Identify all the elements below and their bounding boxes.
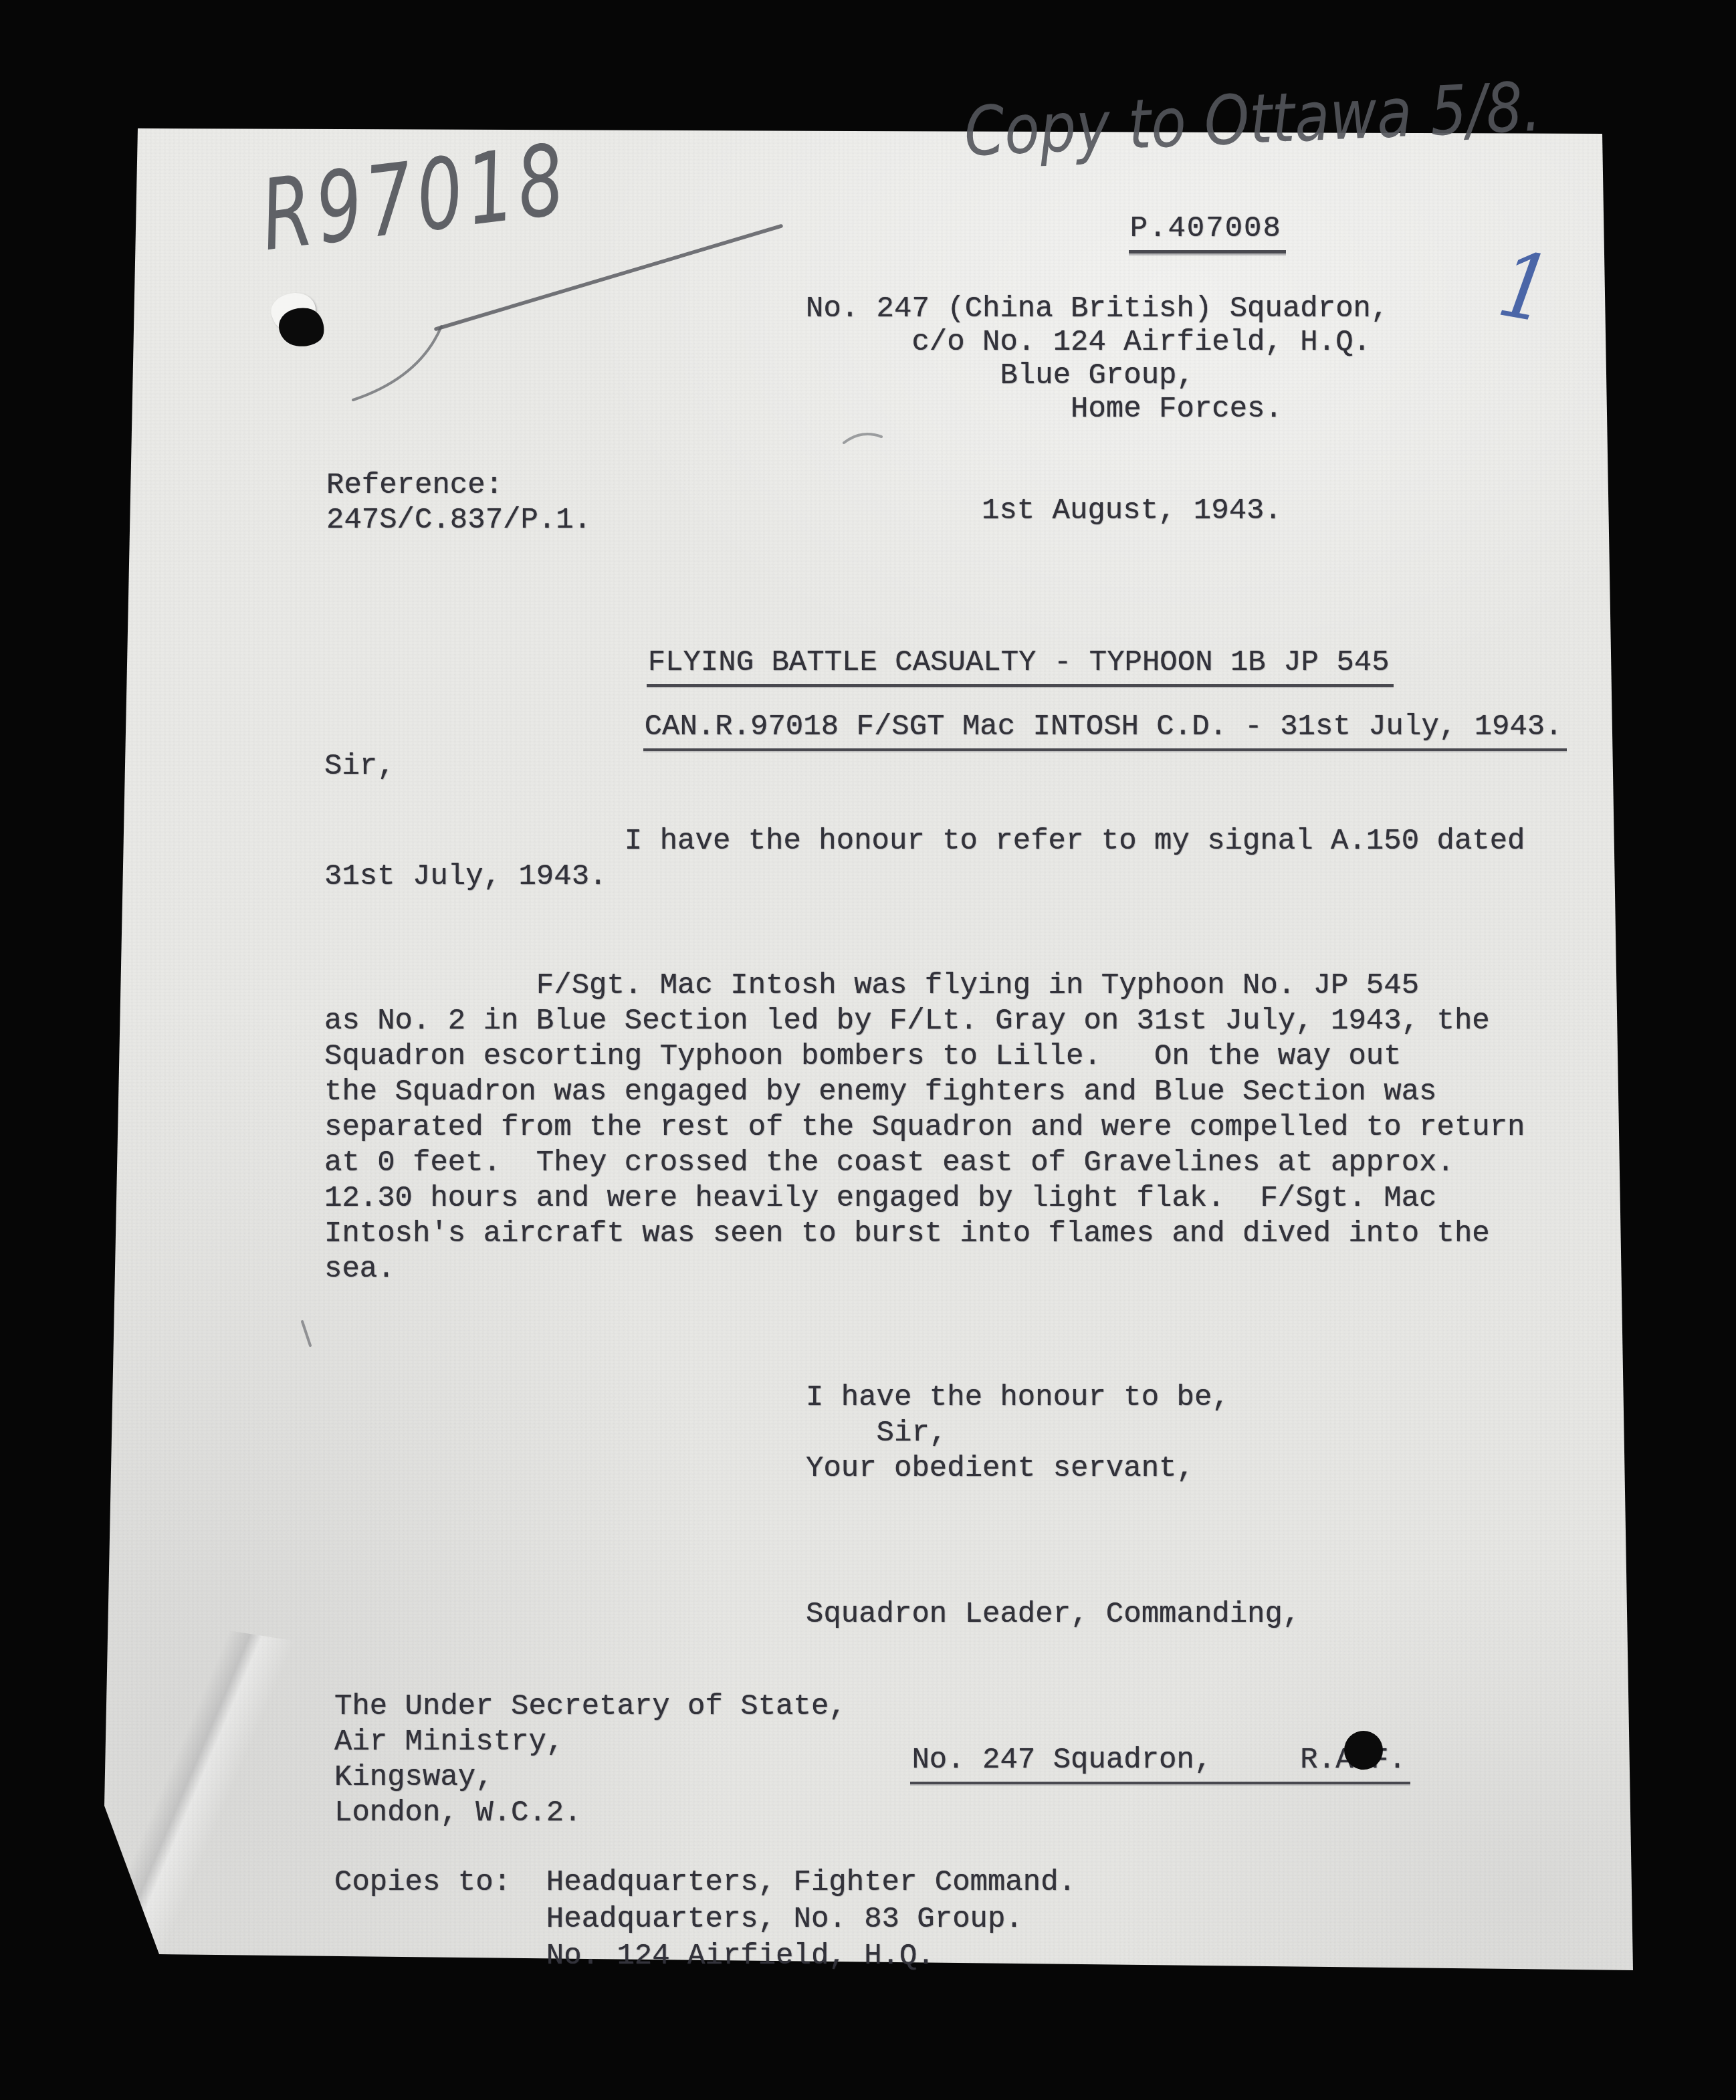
subject-line-2: CAN.R.97018 F/SGT Mac INTOSH C.D. - 31st… xyxy=(574,674,1567,786)
salutation: Sir, xyxy=(324,749,395,784)
fold-crease xyxy=(47,1610,315,2000)
recipient-address: The Under Secretary of State, Air Minist… xyxy=(334,1689,847,1831)
file-reference: P.407008 xyxy=(1054,176,1286,289)
copies-list: Copies to: Headquarters, Fighter Command… xyxy=(334,1865,1076,1975)
punch-hole xyxy=(1344,1731,1383,1770)
sender-address: No. 247 (China British) Squadron, c/o No… xyxy=(806,292,1388,426)
signature-unit: No. 247 Squadron, R.A.F. xyxy=(806,1707,1410,1820)
body-paragraph-1: I have the honour to refer to my signal … xyxy=(324,824,1525,895)
subject-line-2-text: CAN.R.97018 F/SGT Mac INTOSH C.D. - 31st… xyxy=(643,710,1567,751)
reference-block: Reference: 247S/C.837/P.1. xyxy=(326,468,591,538)
scanned-letter-page: R97018 Copy to Ottawa 5/8. 1 P.407008 No… xyxy=(0,0,1736,2100)
signature-block: Squadron Leader, Commanding, No. 247 Squ… xyxy=(806,1526,1410,1891)
valediction: I have the honour to be, Sir, Your obedi… xyxy=(806,1380,1230,1487)
signature-unit-text: No. 247 Squadron, R.A.F. xyxy=(910,1743,1410,1784)
signature-title: Squadron Leader, Commanding, xyxy=(806,1597,1410,1633)
file-reference-text: P.407008 xyxy=(1129,211,1286,253)
letter-date: 1st August, 1943. xyxy=(982,494,1282,529)
body-paragraph-2: F/Sgt. Mac Intosh was flying in Typhoon … xyxy=(324,968,1525,1287)
